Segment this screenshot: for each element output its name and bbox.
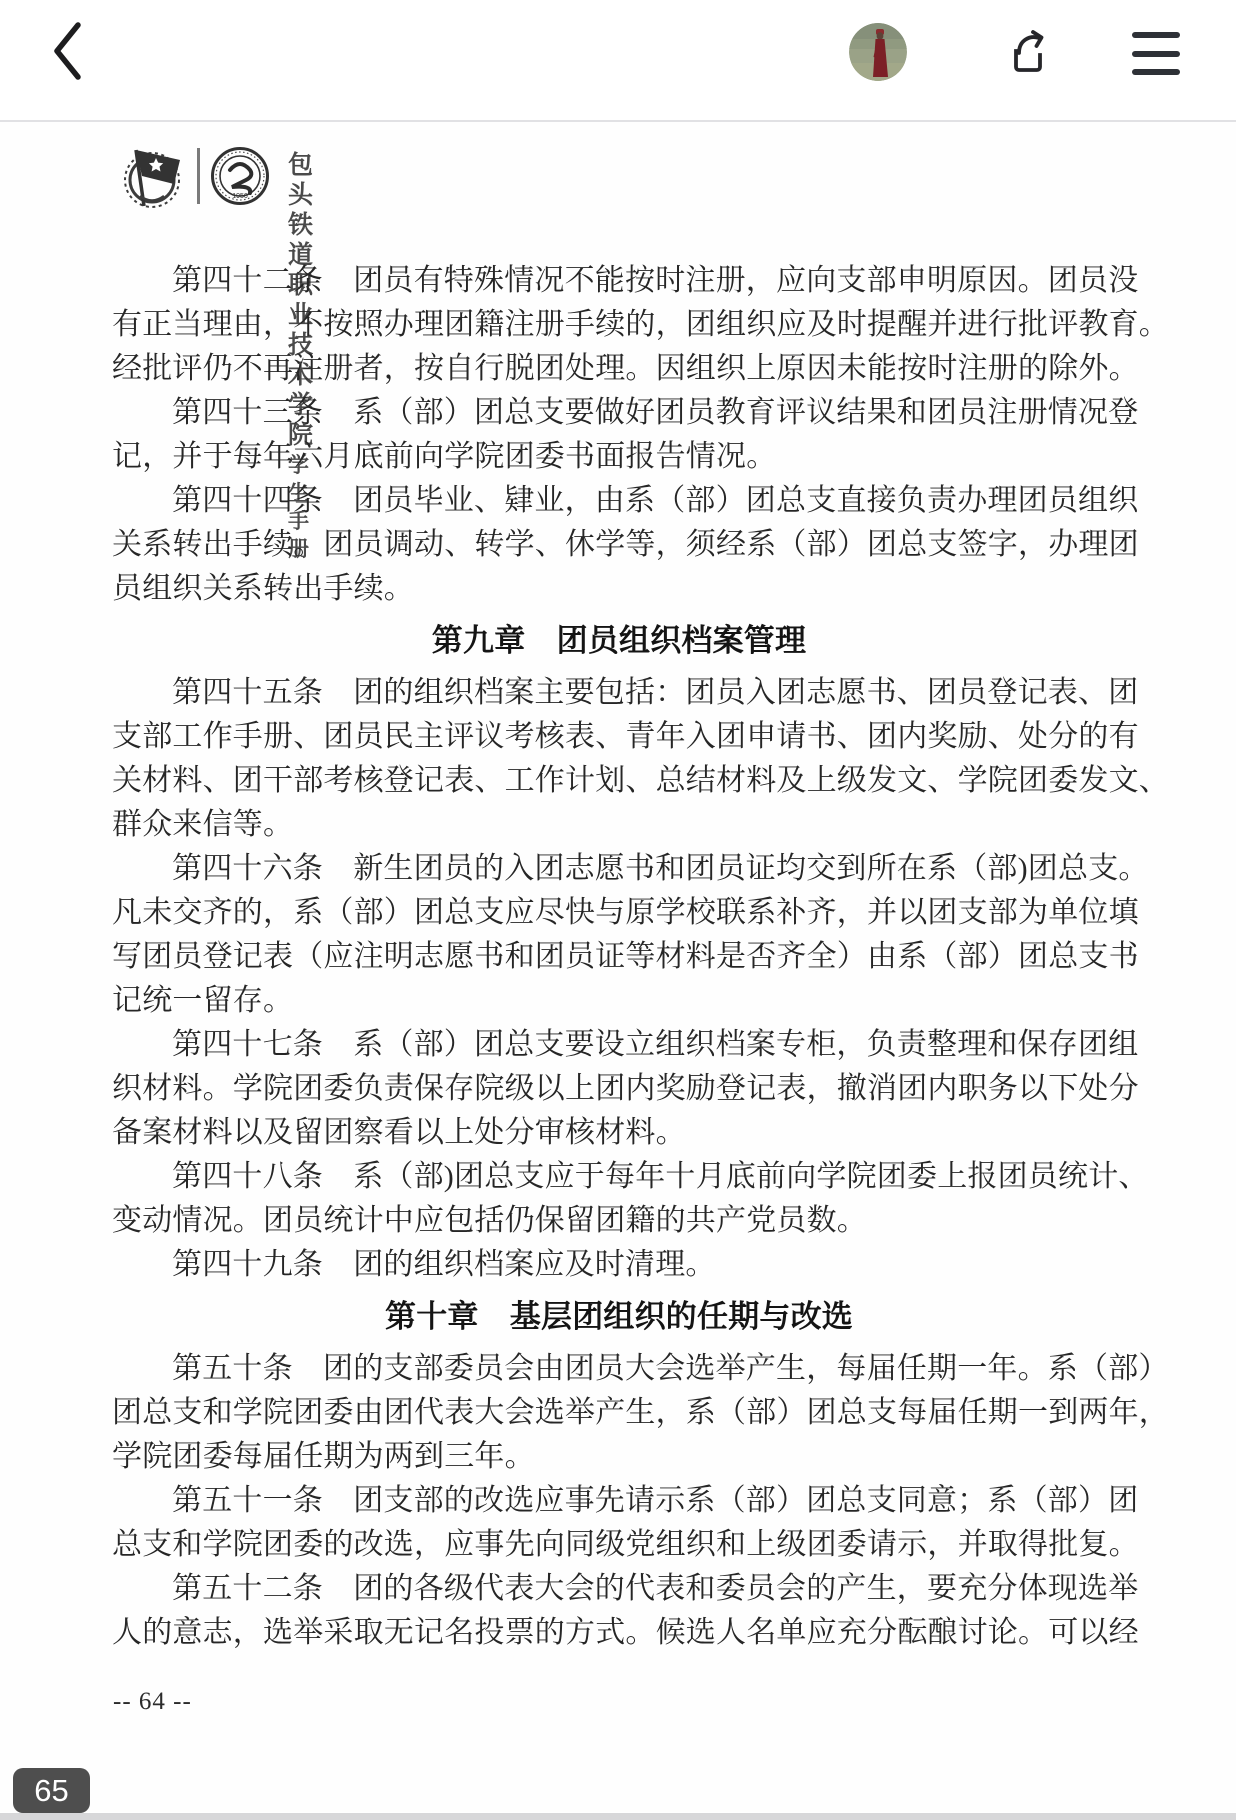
user-avatar-photo-icon xyxy=(849,68,907,81)
share-arrow-icon xyxy=(1003,64,1051,81)
text-line: 第四十二条 团员有特殊情况不能按时注册，应向支部申明原因。团员没 xyxy=(112,259,1126,303)
text-line: 群众来信等。 xyxy=(112,803,1126,847)
text-line: 有正当理由，不按照办理团籍注册手续的，团组织应及时提醒并进行批评教育。 xyxy=(112,303,1126,347)
text-line: 第五十二条 团的各级代表大会的代表和委员会的产生，要充分体现选举 xyxy=(112,1567,1126,1611)
text-line: 凡未交齐的，系（部）团总支应尽快与原学校联系补齐，并以团支部为单位填 xyxy=(112,891,1126,935)
text-line: 经批评仍不再注册者，按自行脱团处理。因组织上原因未能按时注册的除外。 xyxy=(112,347,1126,391)
paragraph: 第五十条 团的支部委员会由团员大会选举产生，每届任期一年。系（部）团总支和学院团… xyxy=(112,1347,1126,1479)
chapter-heading: 第十章 基层团组织的任期与改选 xyxy=(112,1295,1126,1339)
text-line: 织材料。学院团委负责保存院级以上团内奖励登记表，撤消团内职务以下处分 xyxy=(112,1067,1126,1111)
text-line: 第四十八条 系（部)团总支应于每年十月底前向学院团委上报团员统计、 xyxy=(112,1155,1126,1199)
hamburger-menu-icon xyxy=(1132,32,1180,38)
text-line: 第四十五条 团的组织档案主要包括：团员入团志愿书、团员登记表、团 xyxy=(112,671,1126,715)
youth-league-emblem-icon xyxy=(116,144,188,215)
paragraph: 第四十四条 团员毕业、肄业，由系（部）团总支直接负责办理团员组织关系转出手续。团… xyxy=(112,479,1126,611)
text-line: 人的意志，选举采取无记名投票的方式。候选人名单应充分酝酿讨论。可以经 xyxy=(112,1611,1126,1655)
svg-text:1956: 1956 xyxy=(232,193,248,200)
menu-button[interactable] xyxy=(1130,29,1182,79)
paragraph: 第四十七条 系（部）团总支要设立组织档案专柜，负责整理和保存团组织材料。学院团委… xyxy=(112,1023,1126,1155)
footer-page-number: -- 64 -- xyxy=(113,1688,192,1716)
text-line: 记，并于每年六月底前向学院团委书面报告情况。 xyxy=(112,435,1126,479)
avatar[interactable] xyxy=(849,23,907,81)
text-line: 支部工作手册、团员民主评议考核表、青年入团申请书、团内奖励、处分的有 xyxy=(112,715,1126,759)
paragraph: 第四十八条 系（部)团总支应于每年十月底前向学院团委上报团员统计、变动情况。团员… xyxy=(112,1155,1126,1243)
text-line: 关系转出手续。团员调动、转学、休学等，须经系（部）团总支签字，办理团 xyxy=(112,523,1126,567)
text-line: 备案材料以及留团察看以上处分审核材料。 xyxy=(112,1111,1126,1155)
text-line: 员组织关系转出手续。 xyxy=(112,567,1126,611)
paragraph: 第五十一条 团支部的改选应事先请示系（部）团总支同意；系（部）团总支和学院团委的… xyxy=(112,1479,1126,1567)
text-line: 第五十条 团的支部委员会由团员大会选举产生，每届任期一年。系（部） xyxy=(112,1347,1126,1391)
top-bar xyxy=(0,0,1236,120)
paragraph: 第四十六条 新生团员的入团志愿书和团员证均交到所在系（部)团总支。凡未交齐的，系… xyxy=(112,847,1126,1023)
hamburger-menu-icon xyxy=(1132,69,1180,75)
text-line: 变动情况。团员统计中应包括仍保留团籍的共产党员数。 xyxy=(112,1199,1126,1243)
document-body: 第四十二条 团员有特殊情况不能按时注册，应向支部申明原因。团员没有正当理由，不按… xyxy=(112,259,1126,1655)
college-seal-icon: 1956 xyxy=(210,146,270,211)
back-button[interactable] xyxy=(46,18,90,84)
text-line: 总支和学院团委的改选，应事先向同级党组织和上级团委请示，并取得批复。 xyxy=(112,1523,1126,1567)
text-line: 第五十一条 团支部的改选应事先请示系（部）团总支同意；系（部）团 xyxy=(112,1479,1126,1523)
text-line: 第四十九条 团的组织档案应及时清理。 xyxy=(112,1243,1126,1287)
text-line: 第十章 基层团组织的任期与改选 xyxy=(112,1295,1126,1339)
text-line: 写团员登记表（应注明志愿书和团员证等材料是否齐全）由系（部）团总支书 xyxy=(112,935,1126,979)
paragraph: 第四十二条 团员有特殊情况不能按时注册，应向支部申明原因。团员没有正当理由，不按… xyxy=(112,259,1126,391)
text-line: 第四十六条 新生团员的入团志愿书和团员证均交到所在系（部)团总支。 xyxy=(112,847,1126,891)
text-line: 第四十七条 系（部）团总支要设立组织档案专柜，负责整理和保存团组 xyxy=(112,1023,1126,1067)
document-page[interactable]: 1956 包头铁道职业技术学院 学生手册 第四十二条 团员有特殊情况不能按时注册… xyxy=(0,122,1236,1812)
paragraph: 第四十五条 团的组织档案主要包括：团员入团志愿书、团员登记表、团支部工作手册、团… xyxy=(112,671,1126,847)
page-gap-strip xyxy=(0,1813,1236,1820)
text-line: 团总支和学院团委由团代表大会选举产生，系（部）团总支每届任期一到两年， xyxy=(112,1391,1126,1435)
chapter-heading: 第九章 团员组织档案管理 xyxy=(112,619,1126,663)
paragraph: 第四十三条 系（部）团总支要做好团员教育评议结果和团员注册情况登记，并于每年六月… xyxy=(112,391,1126,479)
text-line: 学院团委每届任期为两到三年。 xyxy=(112,1435,1126,1479)
chevron-left-icon xyxy=(46,71,90,88)
reader-screen: 1956 包头铁道职业技术学院 学生手册 第四十二条 团员有特殊情况不能按时注册… xyxy=(0,0,1236,1820)
paragraph: 第四十九条 团的组织档案应及时清理。 xyxy=(112,1243,1126,1287)
text-line: 第四十三条 系（部）团总支要做好团员教育评议结果和团员注册情况登 xyxy=(112,391,1126,435)
text-line: 关材料、团干部考核登记表、工作计划、总结材料及上级发文、学院团委发文、 xyxy=(112,759,1126,803)
paragraph: 第五十二条 团的各级代表大会的代表和委员会的产生，要充分体现选举人的意志，选举采… xyxy=(112,1567,1126,1655)
share-button[interactable] xyxy=(1003,27,1051,77)
text-line: 第四十四条 团员毕业、肄业，由系（部）团总支直接负责办理团员组织 xyxy=(112,479,1126,523)
page-indicator-badge[interactable]: 65 xyxy=(13,1768,90,1813)
text-line: 第九章 团员组织档案管理 xyxy=(112,619,1126,663)
header-divider xyxy=(197,148,200,204)
hamburger-menu-icon xyxy=(1132,51,1180,57)
text-line: 记统一留存。 xyxy=(112,979,1126,1023)
